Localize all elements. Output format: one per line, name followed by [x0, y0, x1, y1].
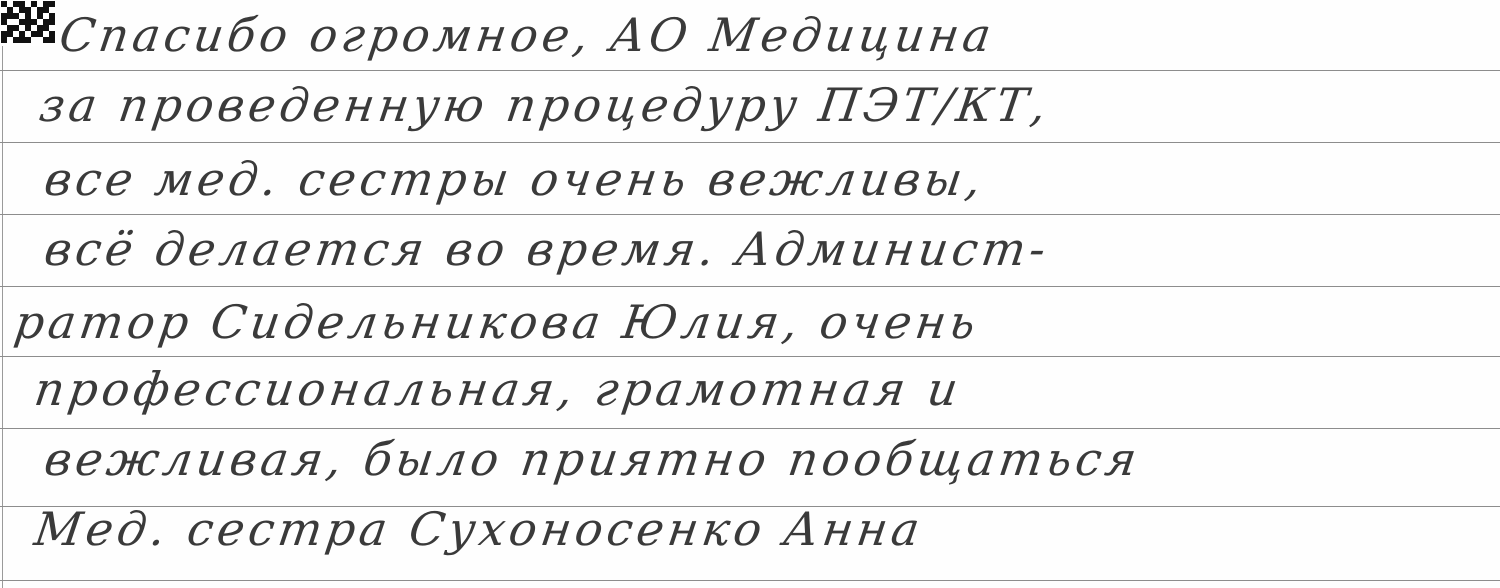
handwritten-line: за проведенную процедуру ПЭТ/КТ, [36, 78, 1053, 132]
ruled-line [0, 142, 1500, 143]
handwritten-line: всё делается во время. Админист- [41, 222, 1053, 276]
handwritten-line: все мед. сестры очень вежливы, [41, 152, 988, 206]
ruled-line [0, 70, 1500, 71]
handwritten-line: ратор Сидельникова Юлия, очень [11, 295, 983, 349]
handwritten-line: Мед. сестра Сухоносенко Анна [31, 502, 927, 556]
handwritten-line: Спасибо огромное, АО Медицина [56, 8, 998, 62]
ruled-line [0, 286, 1500, 287]
ruled-line [0, 580, 1500, 581]
qr-code-icon [0, 0, 56, 46]
handwritten-line: профессиональная, грамотная и [31, 362, 965, 416]
lined-paper-page: Спасибо огромное, АО Медицина за проведе… [0, 0, 1500, 588]
ruled-line [0, 428, 1500, 429]
ruled-line [0, 356, 1500, 357]
ruled-line [0, 214, 1500, 215]
margin-line [2, 0, 3, 588]
handwritten-line: вежливая, было приятно пообщаться [41, 432, 1144, 486]
